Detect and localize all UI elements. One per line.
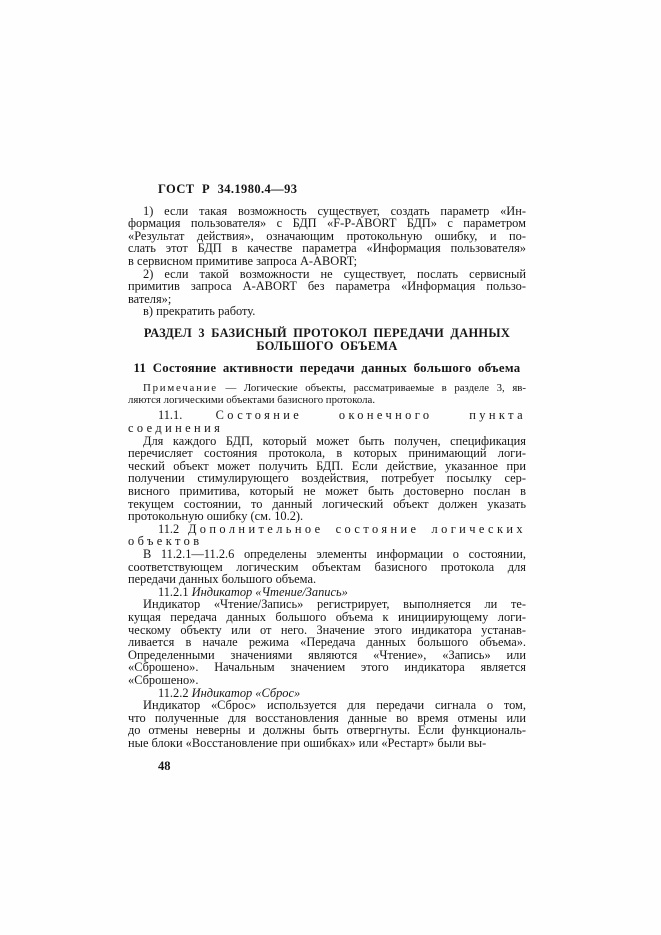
text-line: в) прекратить работу.	[128, 305, 526, 318]
text-run: ные блоки «Восстановление при ошибках» и…	[128, 736, 486, 750]
list-item-1: 1) если такая возможность существует, со…	[128, 205, 526, 268]
document-body: 1) если такая возможность существует, со…	[128, 205, 526, 750]
clause-11-heading: 11 Состояние активности передачи данных …	[128, 362, 526, 376]
text-line: БОЛЬШОГО ОБЪЕМА	[128, 340, 526, 354]
clause-11-2-1-para: Индикатор «Чтение/Запись» регистрирует, …	[128, 598, 526, 686]
note: Примечание — Логические объекты, рассмат…	[128, 383, 526, 406]
page-content: ГОСТ Р 34.1980.4—93 1) если такая возмож…	[128, 183, 526, 773]
text-run: ляются логическими объектами базисного п…	[128, 394, 375, 406]
clause-11-2-2-para: Индикатор «Сброс» используется для перед…	[128, 699, 526, 749]
scanned-page: ГОСТ Р 34.1980.4—93 1) если такая возмож…	[0, 0, 661, 935]
text-run: примитив запроса A-ABORT без параметра «…	[128, 279, 526, 293]
clause-11-1-heading: 11.1. Состояние оконечного пункта соедин…	[128, 409, 526, 434]
list-item-v: в) прекратить работу.	[128, 305, 526, 318]
text-run: Дополнительное состояние логических	[188, 522, 526, 536]
clause-11-2-para: В 11.2.1—11.2.6 определены элементы инфо…	[128, 548, 526, 586]
text-run: РАЗДЕЛ 3 БАЗИСНЫЙ ПРОТОКОЛ ПЕРЕДАЧИ ДАНН…	[144, 326, 510, 340]
text-run: — Логические объекты, рассматриваемые в …	[218, 382, 526, 394]
section-heading: РАЗДЕЛ 3 БАЗИСНЫЙ ПРОТОКОЛ ПЕРЕДАЧИ ДАНН…	[128, 327, 526, 354]
clause-11-2-heading: 11.2 Дополнительное состояние логических…	[128, 523, 526, 548]
text-line: примитив запроса A-ABORT без параметра «…	[128, 280, 526, 293]
text-line: 11 Состояние активности передачи данных …	[128, 362, 526, 376]
text-run: БОЛЬШОГО ОБЪЕМА	[256, 339, 397, 353]
list-item-2: 2) если такой возможности не существует,…	[128, 268, 526, 306]
text-run: 11 Состояние активности передачи данных …	[134, 361, 521, 375]
text-line: РАЗДЕЛ 3 БАЗИСНЫЙ ПРОТОКОЛ ПЕРЕДАЧИ ДАНН…	[128, 327, 526, 341]
running-header: ГОСТ Р 34.1980.4—93	[158, 183, 526, 196]
clause-11-1-para: Для каждого БДП, который может быть полу…	[128, 435, 526, 523]
text-run: в) прекратить работу.	[143, 304, 255, 318]
text-line: 11.1. Состояние оконечного пункта соедин…	[128, 409, 526, 434]
text-line: ные блоки «Восстановление при ошибках» и…	[128, 737, 526, 750]
page-number: 48	[158, 760, 526, 773]
text-run: Примечание	[143, 382, 218, 394]
text-line: ляются логическими объектами базисного п…	[128, 395, 526, 407]
